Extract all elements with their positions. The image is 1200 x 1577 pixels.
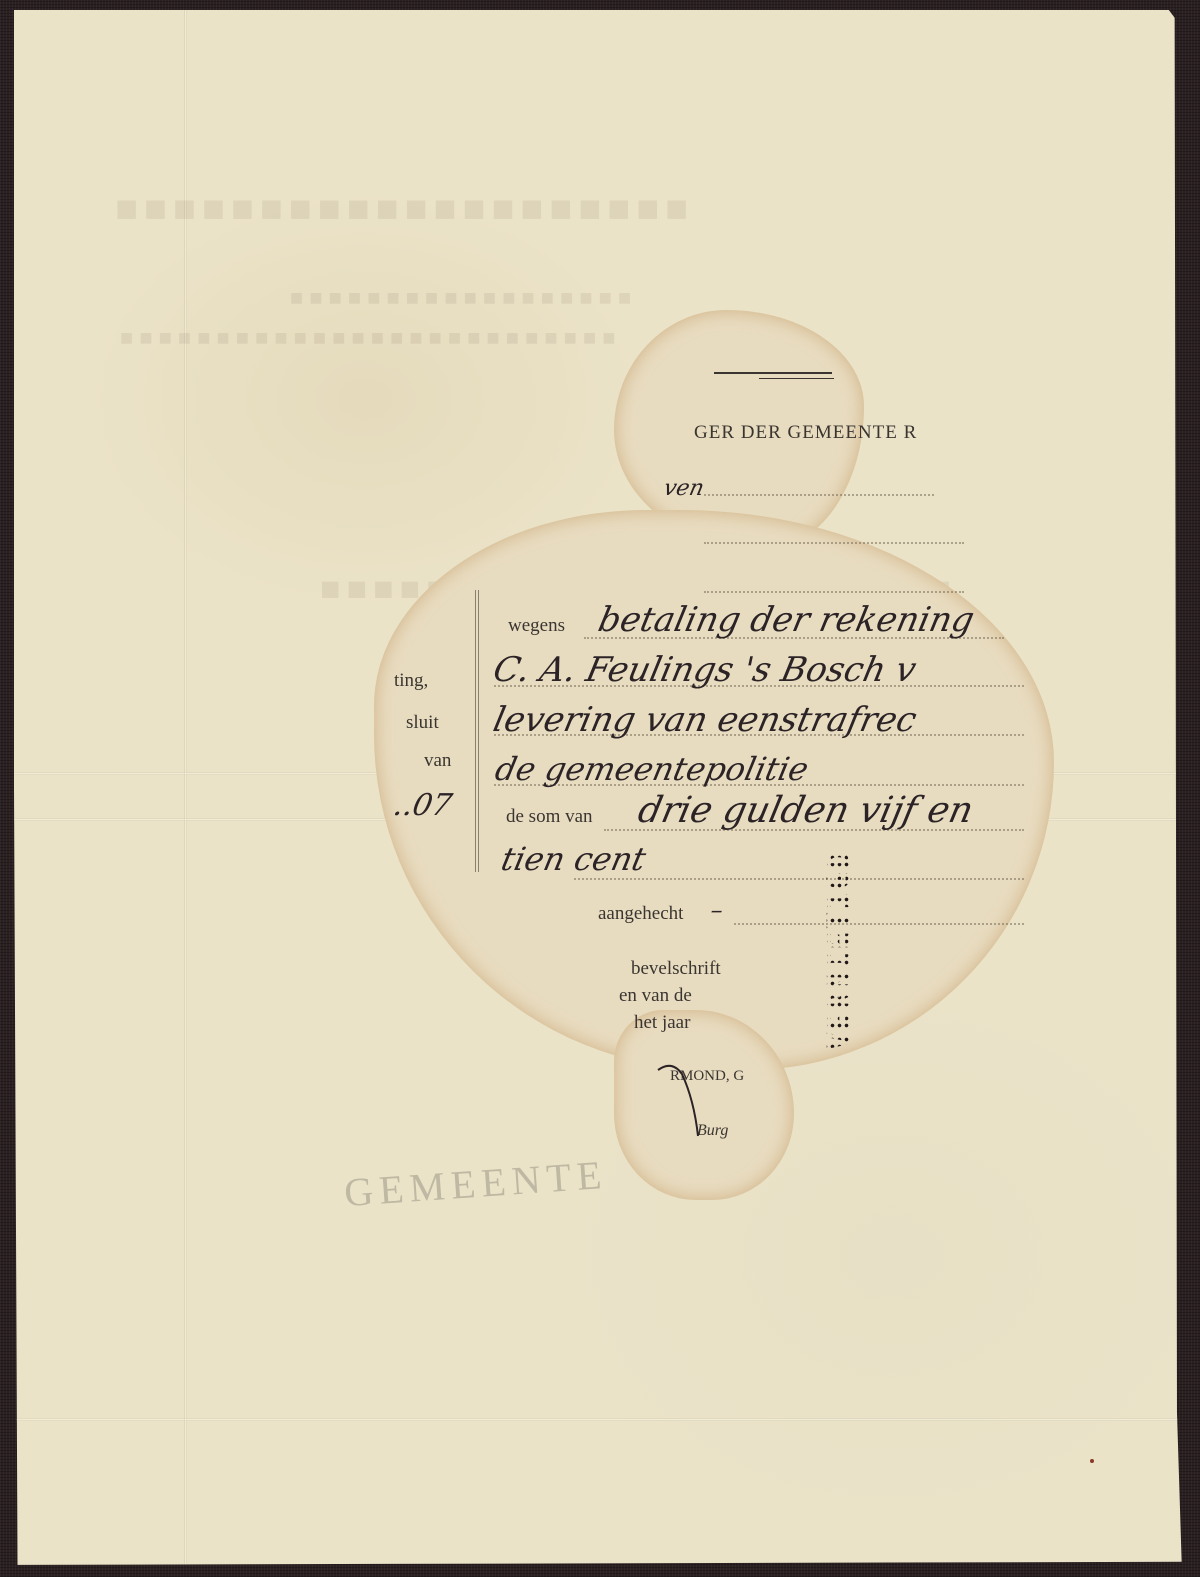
bleed-through-line-2: ■■■■■■■■■■■■■■■■■■■■■■■■■■ [114, 325, 616, 351]
amount-handwriting-2: tien cent [498, 840, 649, 878]
bleed-through-header: ■■■■■■■■■■■■■■■■■■■■ [109, 188, 688, 231]
dotted-line-2 [704, 542, 964, 544]
header-rule [714, 372, 832, 374]
vertical-fold [184, 10, 187, 1568]
left-fragment-1: ting, [394, 670, 428, 692]
handwritten-name-fragment: ven [661, 476, 706, 501]
aangehecht-line [734, 923, 1024, 925]
wegens-handwriting-3: levering van eenstrafrec [490, 700, 920, 740]
dotted-line-1 [704, 494, 934, 496]
left-fragment-2: sluit [406, 712, 439, 734]
signature-stroke-icon [654, 1060, 714, 1140]
handwritten-year: ..07 [390, 788, 455, 823]
body-fragment-1: bevelschrift [631, 958, 721, 980]
dotted-line-3 [704, 591, 964, 593]
vernietigd-perforation: VERNIETIGD [822, 780, 857, 1050]
wegens-handwriting-2: C. A. Feulings 's Bosch v [490, 650, 920, 690]
form-vertical-rule [475, 590, 479, 872]
left-fragment-3: van [424, 750, 451, 772]
body-fragment-3: het jaar [634, 1012, 690, 1034]
wegens-handwriting-1: betaling der rekening [595, 600, 978, 640]
body-fragment-2: en van de [619, 985, 692, 1007]
wegens-handwriting-4: de gemeentepolitie [492, 750, 812, 788]
som-line-2 [574, 878, 1024, 880]
ink-speck [1090, 1459, 1094, 1463]
bottom-fold [14, 1418, 1184, 1421]
header-fragment: GER DER GEMEENTE R [694, 422, 917, 444]
faint-stamp: GEMEENTE [343, 1151, 609, 1216]
wegens-label: wegens [508, 615, 565, 637]
amount-handwriting-1: drie gulden vijf en [635, 790, 977, 831]
document-page: ■■■■■■■■■■■■■■■■■■■■ ■■■■■■■■■■■■■■■■■■ … [14, 10, 1184, 1568]
header-rule-2 [759, 378, 834, 379]
som-label: de som van [506, 806, 593, 828]
bleed-through-line-1: ■■■■■■■■■■■■■■■■■■ [284, 285, 631, 311]
aangehecht-label: aangehecht [598, 903, 683, 925]
